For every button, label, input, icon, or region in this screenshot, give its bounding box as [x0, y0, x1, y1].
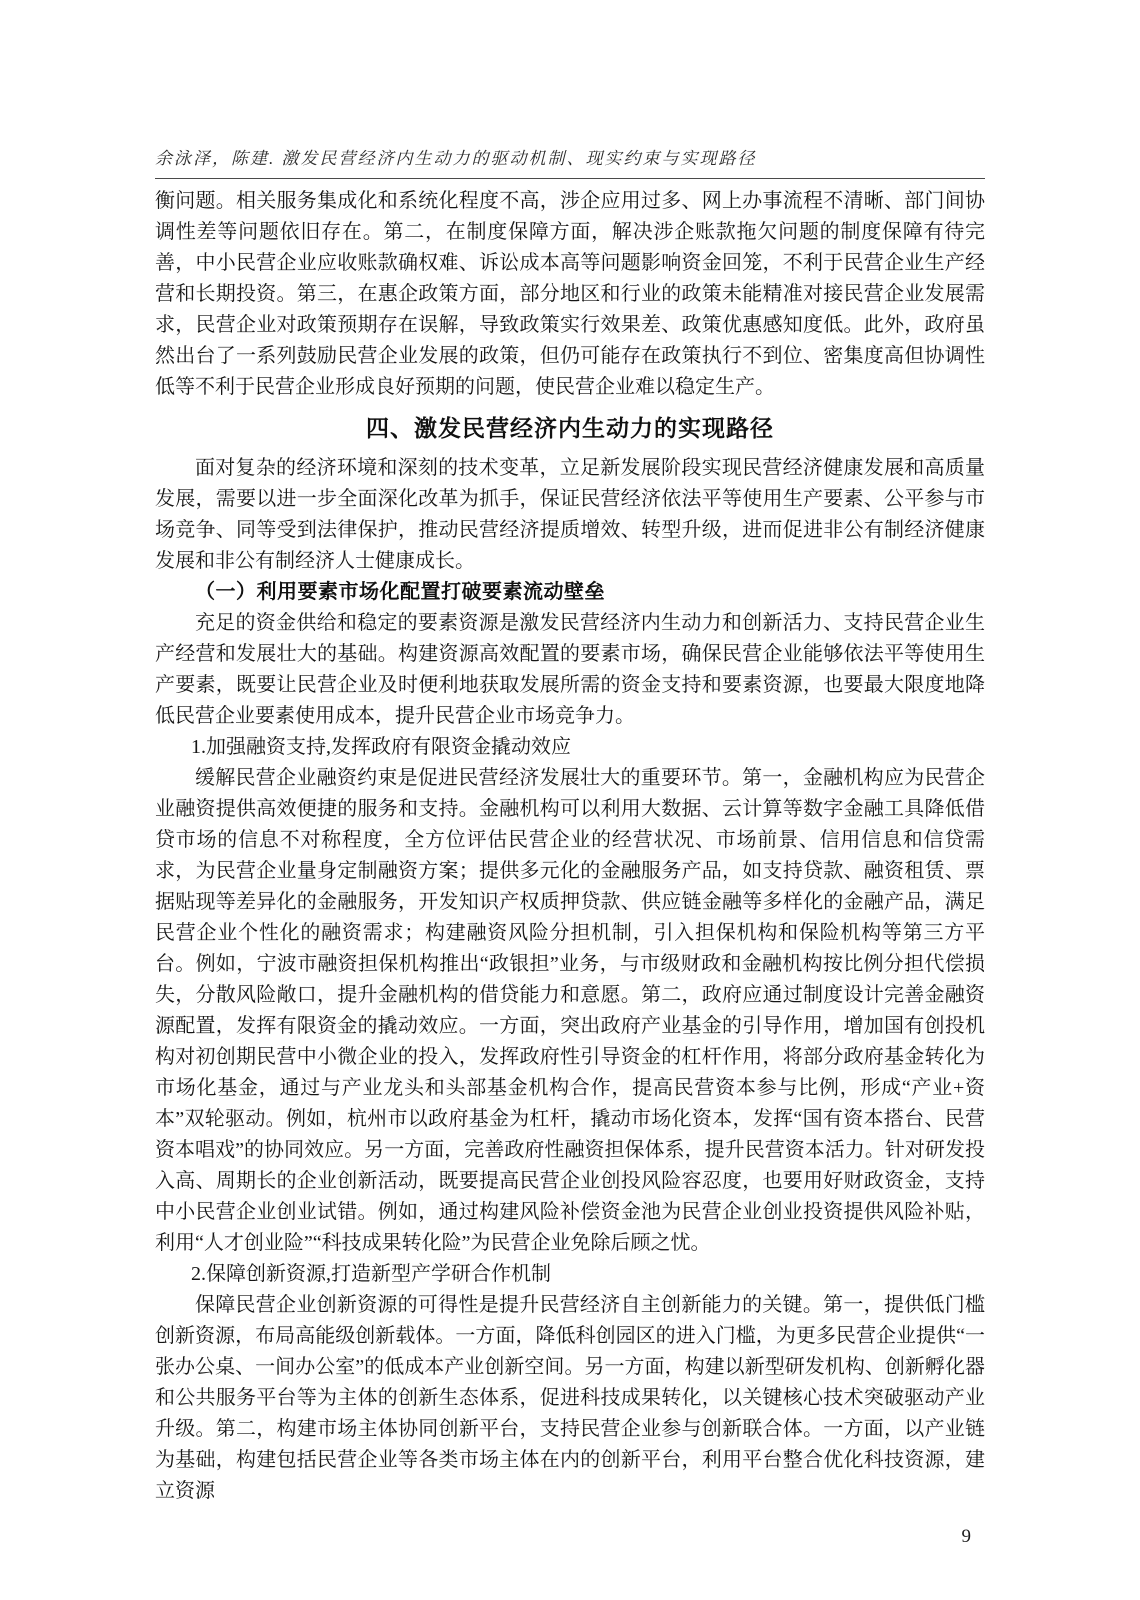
page-number: 9 [155, 1521, 985, 1552]
subsection-heading: （一）利用要素市场化配置打破要素流动壁垒 [155, 577, 985, 608]
paper-page: 余泳泽，陈建. 激发民营经济内生动力的驱动机制、现实约束与实现路径 衡问题。相关… [0, 0, 1140, 1600]
point-1-heading: 1.加强融资支持,发挥政府有限资金撬动效应 [155, 732, 985, 763]
running-header-title: 余泳泽，陈建. 激发民营经济内生动力的驱动机制、现实约束与实现路径 [155, 149, 757, 168]
section-heading: 四、激发民营经济内生动力的实现路径 [155, 411, 985, 445]
section-intro-paragraph: 面对复杂的经济环境和深刻的技术变革，立足新发展阶段实现民营经济健康发展和高质量发… [155, 453, 985, 577]
article-body: 衡问题。相关服务集成化和系统化程度不高，涉企应用过多、网上办事流程不清晰、部门间… [155, 186, 985, 1552]
point-1-paragraph: 缓解民营企业融资约束是促进民营经济发展壮大的重要环节。第一，金融机构应为民营企业… [155, 763, 985, 1259]
paragraph-continuation: 衡问题。相关服务集成化和系统化程度不高，涉企应用过多、网上办事流程不清晰、部门间… [155, 186, 985, 403]
subsection-intro-paragraph: 充足的资金供给和稳定的要素资源是激发民营经济内生动力和创新活力、支持民营企业生产… [155, 608, 985, 732]
point-2-heading: 2.保障创新资源,打造新型产学研合作机制 [155, 1259, 985, 1290]
running-header: 余泳泽，陈建. 激发民营经济内生动力的驱动机制、现实约束与实现路径 [155, 144, 985, 179]
point-2-paragraph: 保障民营企业创新资源的可得性是提升民营经济自主创新能力的关键。第一，提供低门槛创… [155, 1290, 985, 1507]
